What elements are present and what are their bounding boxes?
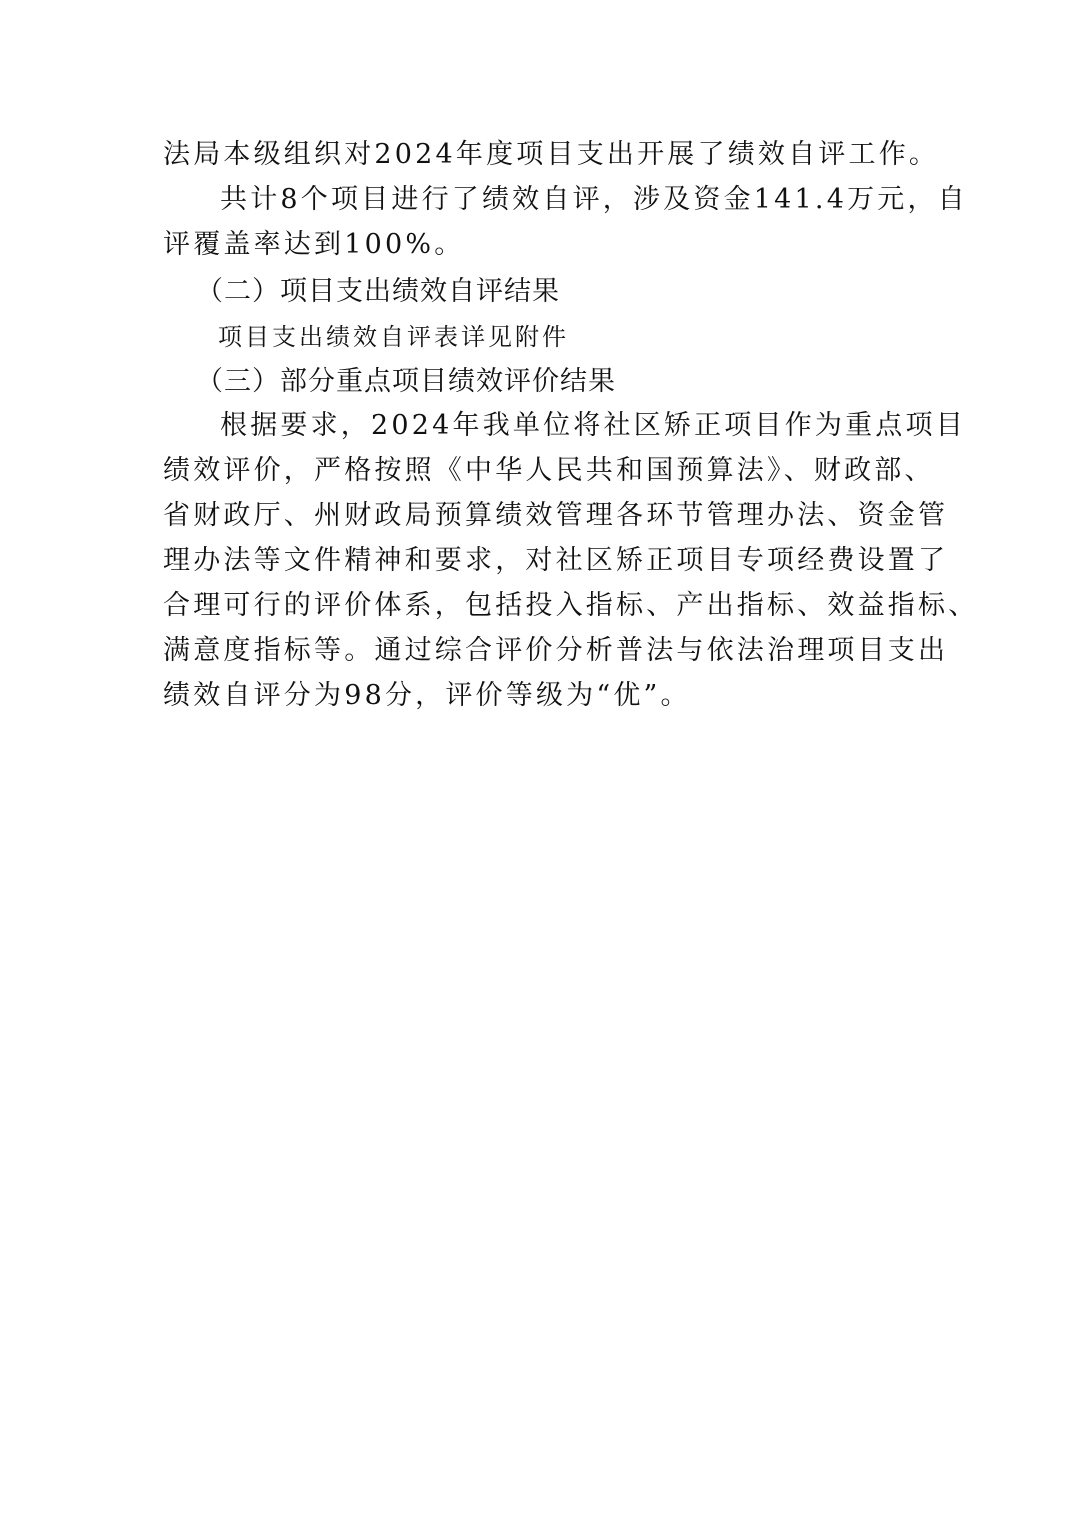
document-page: 法局本级组织对2024年度项目支出开展了绩效自评工作。 共计8个项目进行了绩效自… xyxy=(0,0,1074,1520)
attachment-note: 项目支出绩效自评表详见附件 xyxy=(218,320,968,354)
paragraph-line: 理办法等文件精神和要求，对社区矫正项目专项经费设置了 xyxy=(163,544,913,578)
paragraph-line: 省财政厅、州财政局预算绩效管理各环节管理办法、资金管 xyxy=(163,499,913,533)
paragraph-line: 满意度指标等。通过综合评价分析普法与依法治理项目支出 xyxy=(163,634,913,668)
paragraph-line: 绩效自评分为98分，评价等级为“优”。 xyxy=(163,679,913,713)
paragraph-line: 根据要求，2024年我单位将社区矫正项目作为重点项目 xyxy=(220,409,970,443)
paragraph-line: 绩效评价，严格按照《中华人民共和国预算法》、财政部、 xyxy=(163,454,913,488)
paragraph-line: 评覆盖率达到100%。 xyxy=(163,228,913,262)
section-heading-3: （三）部分重点项目绩效评价结果 xyxy=(196,365,946,399)
paragraph-line: 共计8个项目进行了绩效自评，涉及资金141.4万元，自 xyxy=(220,183,970,217)
paragraph-line: 法局本级组织对2024年度项目支出开展了绩效自评工作。 xyxy=(163,138,913,172)
paragraph-line: 合理可行的评价体系，包括投入指标、产出指标、效益指标、 xyxy=(163,589,913,623)
section-heading-2: （二）项目支出绩效自评结果 xyxy=(196,275,946,309)
